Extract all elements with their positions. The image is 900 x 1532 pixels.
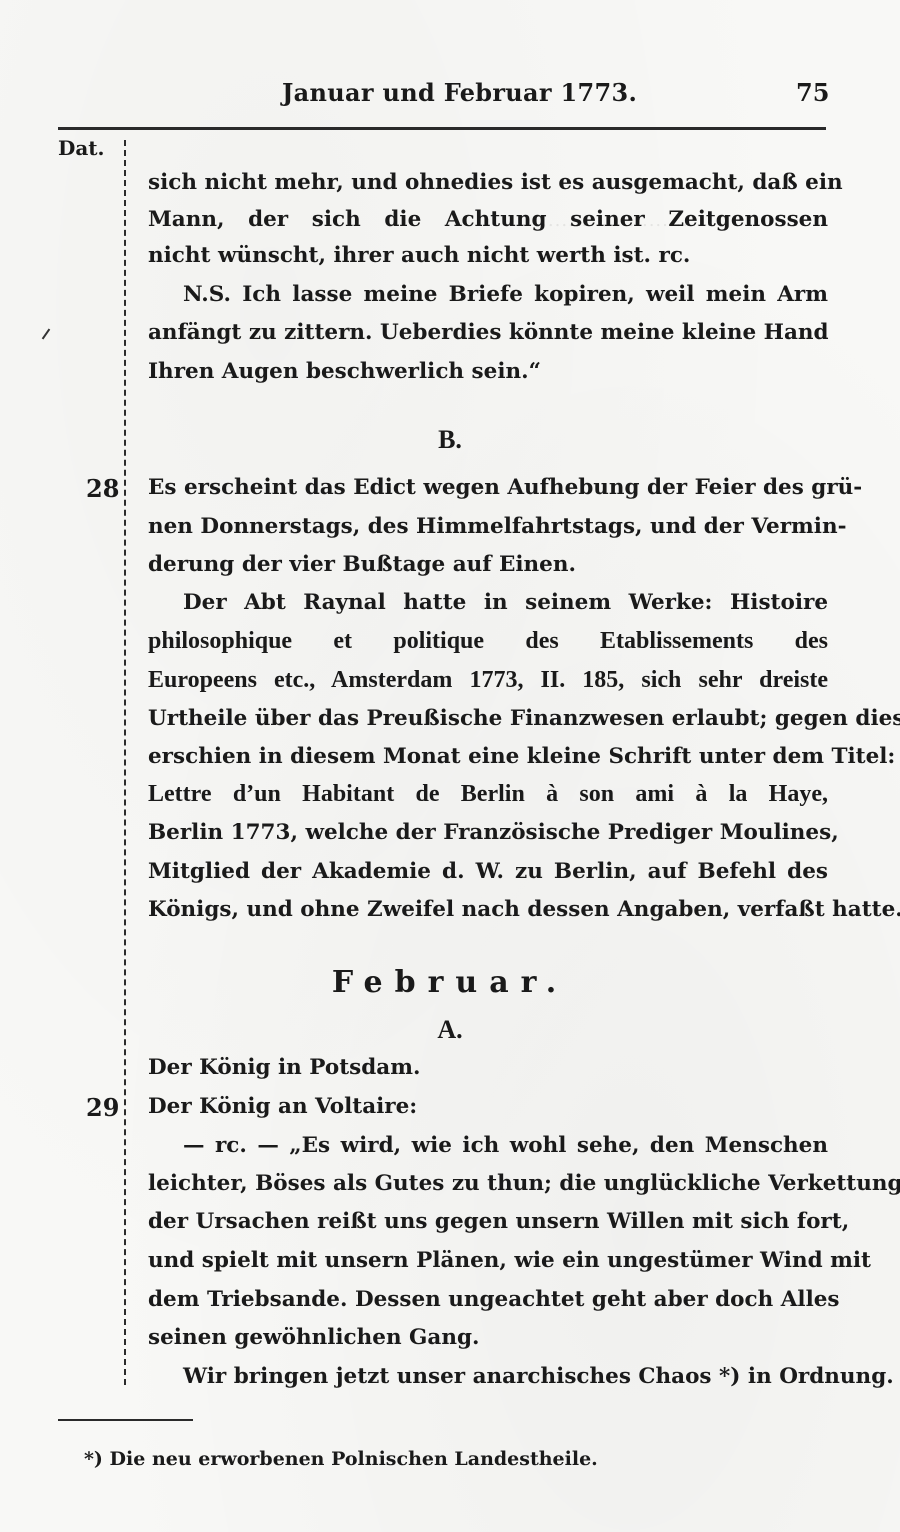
text-line: Es erscheint das Edict wegen Aufhebung d… [148, 477, 828, 499]
text-line: Der König an Voltaire: [148, 1096, 828, 1118]
text-line: Ihren Augen beschwerlich sein.“ [148, 361, 828, 383]
date-column-divider [124, 140, 126, 1385]
text-line: Lettre d’un Habitant de Berlin à son ami… [148, 782, 828, 806]
section-heading-a: A. [0, 1015, 900, 1045]
text-line: Mitglied der Akademie d. W. zu Berlin, a… [148, 861, 828, 883]
date-column-label: Dat. [58, 136, 105, 160]
text-line: — rc. — „Es wird, wie ich wohl sehe, den… [183, 1135, 828, 1157]
text-line: dem Triebsande. Dessen ungeachtet geht a… [148, 1289, 828, 1311]
text-line: Der Abt Raynal hatte in seinem Werke: Hi… [183, 592, 828, 614]
header-rule [58, 127, 826, 130]
text-line: derung der vier Bußtage auf Einen. [148, 554, 828, 576]
text-line: Wir bringen jetzt unser anarchisches Cha… [183, 1366, 828, 1388]
footnote-rule [58, 1419, 193, 1421]
book-page: ............................ Januar und … [0, 0, 900, 1532]
month-heading: Februar. [0, 965, 900, 1000]
footnote: *) Die neu erworbenen Polnischen Landest… [84, 1448, 598, 1470]
page-header: Januar und Februar 1773. 75 [0, 78, 900, 118]
date-28: 28 [86, 474, 119, 503]
text-line: und spielt mit unsern Plänen, wie ein un… [148, 1250, 828, 1272]
date-29: 29 [86, 1093, 119, 1122]
text-line: erschien in diesem Monat eine kleine Sch… [148, 746, 828, 768]
text-line: anfängt zu zittern. Ueberdies könnte mei… [148, 322, 828, 344]
text-line: Der König in Potsdam. [148, 1057, 828, 1079]
text-line: leichter, Böses als Gutes zu thun; die u… [148, 1173, 828, 1195]
text-line: N.S. Ich lasse meine Briefe kopiren, wei… [183, 284, 828, 306]
text-line: nen Donnerstags, des Himmelfahrtstags, u… [148, 516, 828, 538]
text-line: Europeens etc., Amsterdam 1773, II. 185,… [148, 668, 828, 692]
text-line: sich nicht mehr, und ohnedies ist es aus… [148, 172, 828, 194]
margin-mark [42, 329, 51, 340]
text-line: seinen gewöhnlichen Gang. [148, 1327, 828, 1349]
text-line: Urtheile über das Preußische Finanzwesen… [148, 708, 828, 730]
text-line: Mann, der sich die Achtung seiner Zeitge… [148, 209, 828, 231]
text-line: der Ursachen reißt uns gegen unsern Will… [148, 1211, 828, 1233]
text-line: Berlin 1773, welche der Französische Pre… [148, 822, 828, 844]
text-line: philosophique et politique des Etablisse… [148, 629, 828, 653]
page-number: 75 [796, 78, 829, 107]
text-line: nicht wünscht, ihrer auch nicht werth is… [148, 245, 828, 267]
running-title: Januar und Februar 1773. [282, 78, 637, 107]
section-heading-b: B. [0, 425, 900, 455]
text-line: Königs, und ohne Zweifel nach dessen Ang… [148, 899, 828, 921]
